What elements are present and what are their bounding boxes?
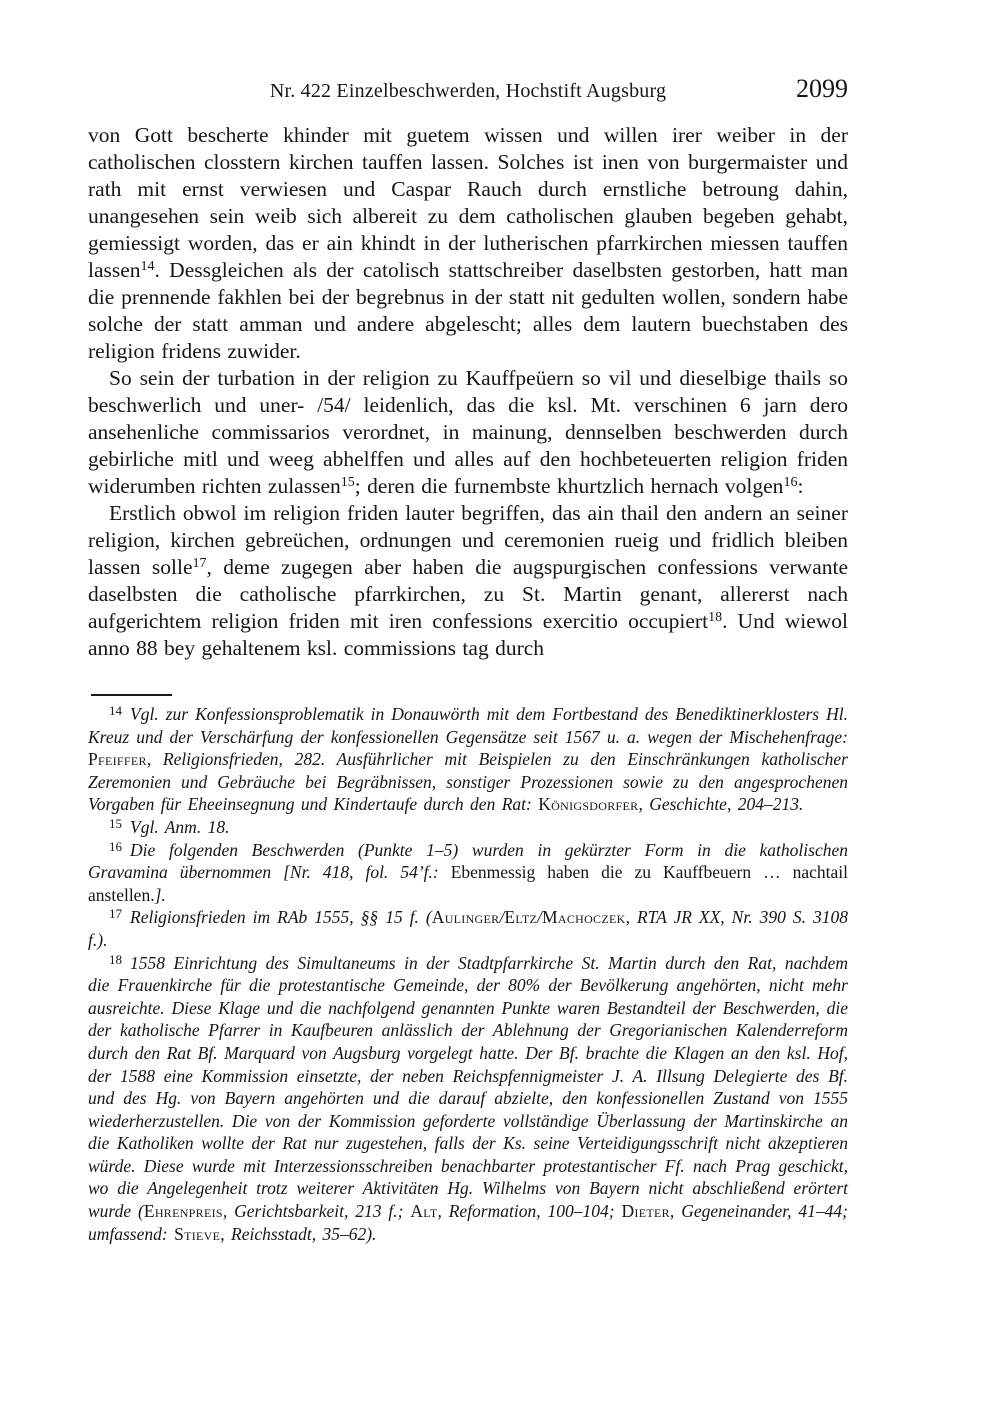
text-run: : — [797, 474, 803, 498]
footnote-ref: 14 — [141, 259, 155, 274]
author-name: Stieve — [174, 1224, 220, 1244]
text-run: , Reformation, 100–104; — [437, 1201, 621, 1221]
text-run: , Reichsstadt, 35–62). — [220, 1224, 376, 1244]
footnote-number: 14 — [109, 703, 122, 718]
text-run: ; deren die furnembste khurtzlich hernac… — [355, 474, 784, 498]
footnote-ref: 15 — [341, 475, 355, 490]
footnotes: 14Vgl. zur Konfessionsproblematik in Don… — [88, 703, 848, 1245]
paragraph: Erstlich obwol im religion friden lauter… — [88, 500, 848, 662]
author-name: Dieter — [621, 1201, 669, 1221]
footnote-separator — [91, 694, 172, 696]
author-name: Aulinger — [432, 907, 500, 927]
paragraph: von Gott bescherte khinder mit guetem wi… — [88, 122, 848, 365]
page-number: 2099 — [796, 75, 848, 102]
footnote-ref: 16 — [783, 475, 797, 490]
author-name: Machoczek — [542, 907, 626, 927]
book-page: Nr. 422 Einzelbeschwerden, Hochstift Aug… — [0, 0, 1004, 1418]
footnote: 15Vgl. Anm. 18. — [88, 816, 848, 839]
footnote: 16Die folgenden Beschwerden (Punkte 1–5)… — [88, 839, 848, 907]
text-run: , Geschichte, 204–213. — [638, 794, 803, 814]
author-name: Pfeiffer — [88, 749, 147, 769]
author-name: Ehrenpreis — [144, 1201, 223, 1221]
footnote-number: 15 — [109, 816, 122, 831]
text-run: , Gerichtsbarkeit, 213 f.; — [223, 1201, 410, 1221]
footnote-number: 18 — [109, 952, 122, 967]
footnote-ref: 18 — [708, 610, 722, 625]
footnote: 181558 Einrichtung des Simultaneums in d… — [88, 952, 848, 1246]
running-title: Nr. 422 Einzelbeschwerden, Hochstift Aug… — [88, 78, 848, 104]
text-run: 1558 Einrichtung des Simultaneums in der… — [88, 953, 848, 1222]
footnote-number: 17 — [109, 906, 122, 921]
text-run: Vgl. Anm. 18. — [130, 817, 229, 837]
text-run: Religionsfrieden im RAb 1555, §§ 15 f. ( — [130, 907, 432, 927]
text-run: . Dessgleichen als der catolisch stattsc… — [88, 258, 848, 363]
footnote-ref: 17 — [193, 556, 207, 571]
page-header: Nr. 422 Einzelbeschwerden, Hochstift Aug… — [88, 78, 848, 108]
footnote-section: 14Vgl. zur Konfessionsproblematik in Don… — [88, 694, 848, 1245]
text-run: Vgl. zur Konfessionsproblematik in Donau… — [88, 704, 848, 747]
author-name: Eltz — [504, 907, 537, 927]
footnote: 17Religionsfrieden im RAb 1555, §§ 15 f.… — [88, 906, 848, 951]
text-run: ]. — [155, 885, 166, 905]
text-block: Nr. 422 Einzelbeschwerden, Hochstift Aug… — [88, 78, 848, 662]
author-name: Alt — [410, 1201, 437, 1221]
paragraph: So sein der turbation in der religion zu… — [88, 365, 848, 500]
footnote: 14Vgl. zur Konfessionsproblematik in Don… — [88, 703, 848, 816]
main-text: von Gott bescherte khinder mit guetem wi… — [88, 122, 848, 662]
author-name: Königsdorfer — [538, 794, 638, 814]
footnote-number: 16 — [109, 839, 122, 854]
